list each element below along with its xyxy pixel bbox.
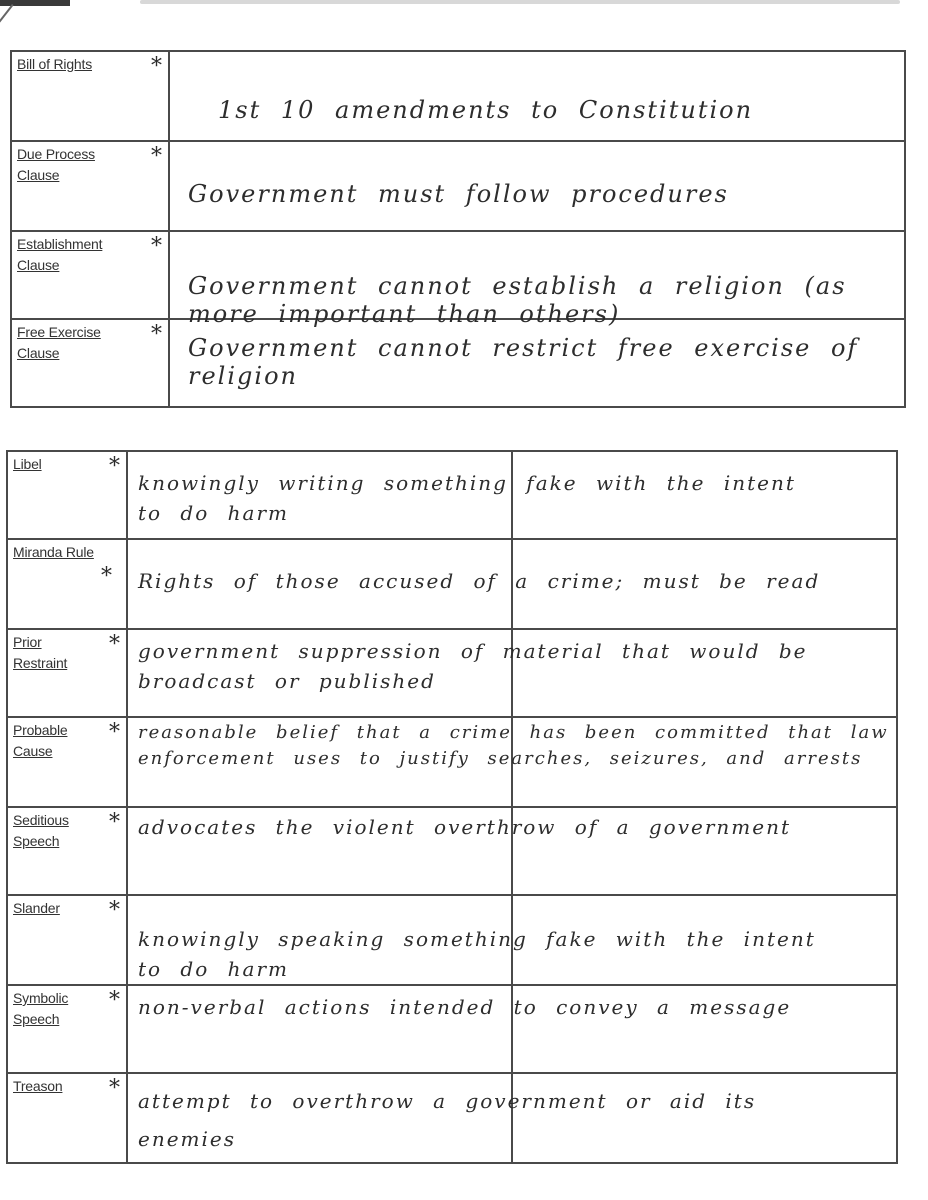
star-mark-icon: * <box>109 720 120 745</box>
table-row: Miranda Rule * Rights of those accused o… <box>7 539 897 629</box>
table-row: Free Exercise Clause * Government cannot… <box>11 319 905 407</box>
star-mark-icon: * <box>109 632 120 657</box>
term-label: Miranda Rule <box>13 542 94 563</box>
definition-cell: attempt to overthrow a government or aid… <box>127 1073 897 1163</box>
term-label: Treason <box>13 1076 62 1097</box>
term-label: Establishment Clause <box>17 234 132 276</box>
definition-cell: 1st 10 amendments to Constitution <box>169 51 905 141</box>
term-label: Bill of Rights <box>17 54 92 75</box>
table-row: Symbolic Speech * non-verbal actions int… <box>7 985 897 1073</box>
table-row: Seditious Speech * advocates the violent… <box>7 807 897 895</box>
definition-cell: Rights of those accused of a crime; must… <box>127 539 897 629</box>
handwritten-definition: non-verbal actions intended to convey a … <box>138 992 898 1022</box>
first-amendment-terms-table: Libel * knowingly writing something fake… <box>6 450 898 1164</box>
term-cell: Treason * <box>7 1073 127 1163</box>
definition-cell: Government cannot restrict free exercise… <box>169 319 905 407</box>
star-mark-icon: * <box>151 54 162 79</box>
star-mark-icon: * <box>151 322 162 347</box>
scan-fold-line <box>0 4 14 53</box>
handwritten-definition: Rights of those accused of a crime; must… <box>138 566 868 596</box>
handwritten-definition: Government must follow procedures <box>188 180 729 208</box>
term-label: Probable Cause <box>13 720 83 762</box>
handwritten-definition: Government cannot restrict free exercise… <box>188 334 888 390</box>
term-label: Symbolic Speech <box>13 988 83 1030</box>
table-row: Probable Cause * reasonable belief that … <box>7 717 897 807</box>
term-cell: Slander * <box>7 895 127 985</box>
definition-cell: advocates the violent overthrow of a gov… <box>127 807 897 895</box>
term-cell: Probable Cause * <box>7 717 127 807</box>
handwritten-definition: reasonable belief that a crime has been … <box>138 720 898 772</box>
star-mark-icon: * <box>151 234 162 259</box>
star-mark-icon: * <box>109 898 120 923</box>
definition-cell: Government cannot establish a religion (… <box>169 231 905 319</box>
star-mark-icon: * <box>109 988 120 1013</box>
term-cell: Miranda Rule * <box>7 539 127 629</box>
term-cell: Libel * <box>7 451 127 539</box>
term-cell: Establishment Clause * <box>11 231 169 319</box>
handwritten-definition: knowingly speaking something fake with t… <box>138 924 858 984</box>
table-row: Establishment Clause * Government cannot… <box>11 231 905 319</box>
star-mark-icon: * <box>101 564 112 589</box>
term-label: Seditious Speech <box>13 810 83 852</box>
table-row: Bill of Rights * 1st 10 amendments to Co… <box>11 51 905 141</box>
term-label: Prior Restraint <box>13 632 83 674</box>
term-cell: Bill of Rights * <box>11 51 169 141</box>
term-cell: Free Exercise Clause * <box>11 319 169 407</box>
definition-cell: knowingly writing something fake with th… <box>127 451 897 539</box>
definition-cell: non-verbal actions intended to convey a … <box>127 985 897 1073</box>
scan-top-edge <box>140 0 900 4</box>
handwritten-definition: knowingly writing something fake with th… <box>138 468 838 528</box>
table-row: Treason * attempt to overthrow a governm… <box>7 1073 897 1163</box>
term-cell: Symbolic Speech * <box>7 985 127 1073</box>
term-label: Libel <box>13 454 42 475</box>
handwritten-definition: advocates the violent overthrow of a gov… <box>138 812 878 842</box>
definition-cell: Government must follow procedures <box>169 141 905 231</box>
handwritten-definition: 1st 10 amendments to Constitution <box>218 96 753 124</box>
table-row: Slander * knowingly speaking something f… <box>7 895 897 985</box>
table-row: Due Process Clause * Government must fol… <box>11 141 905 231</box>
table-row: Prior Restraint * government suppression… <box>7 629 897 717</box>
definition-cell: reasonable belief that a crime has been … <box>127 717 897 807</box>
star-mark-icon: * <box>109 454 120 479</box>
term-cell: Due Process Clause * <box>11 141 169 231</box>
term-label: Due Process Clause <box>17 144 122 186</box>
term-cell: Seditious Speech * <box>7 807 127 895</box>
handwritten-definition: government suppression of material that … <box>138 636 878 696</box>
star-mark-icon: * <box>109 810 120 835</box>
star-mark-icon: * <box>151 144 162 169</box>
handwritten-definition: attempt to overthrow a government or aid… <box>138 1082 858 1158</box>
table-row: Libel * knowingly writing something fake… <box>7 451 897 539</box>
definition-cell: government suppression of material that … <box>127 629 897 717</box>
civil-liberties-table: Bill of Rights * 1st 10 amendments to Co… <box>10 50 906 408</box>
term-label: Free Exercise Clause <box>17 322 127 364</box>
star-mark-icon: * <box>109 1076 120 1101</box>
term-cell: Prior Restraint * <box>7 629 127 717</box>
definition-cell: knowingly speaking something fake with t… <box>127 895 897 985</box>
term-label: Slander <box>13 898 60 919</box>
